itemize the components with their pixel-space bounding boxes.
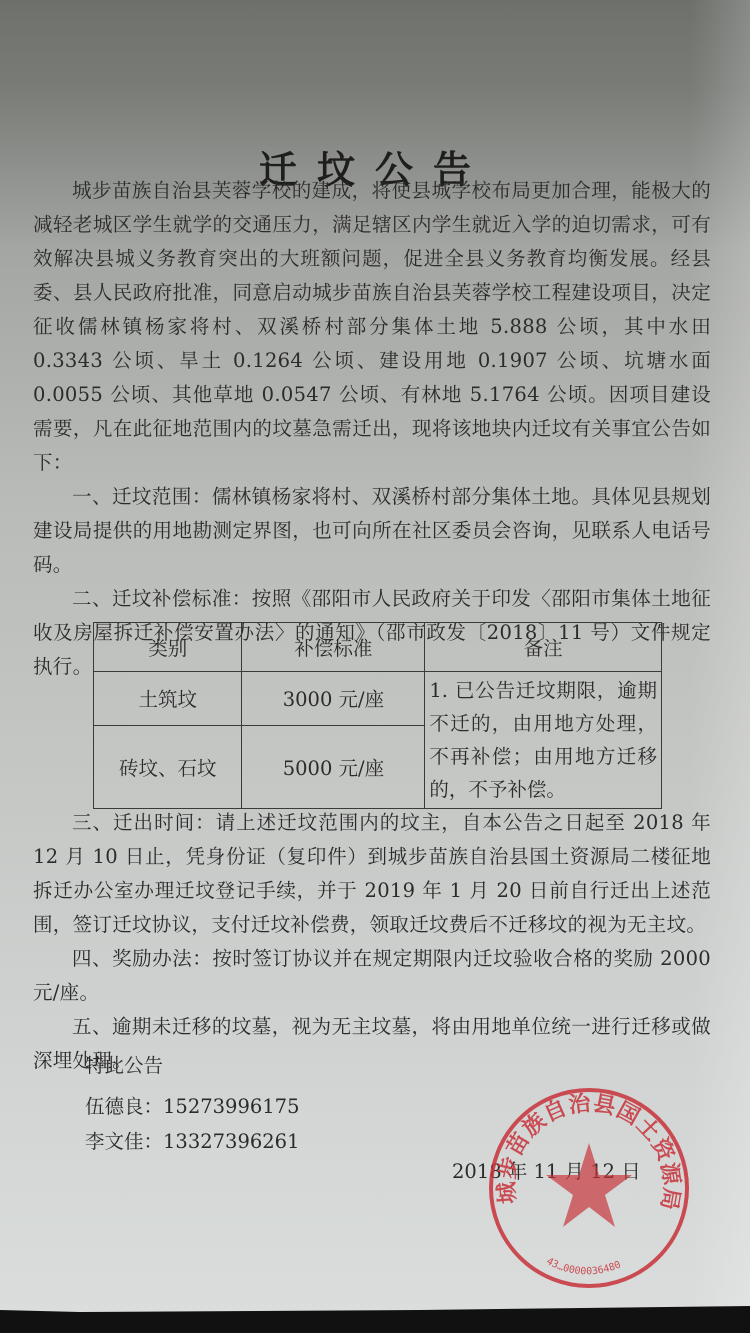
cell-category: 砖坟、石坟 <box>94 725 242 808</box>
header-standard: 补偿标准 <box>242 623 425 672</box>
svg-text:43…0000036480: 43…0000036480 <box>544 1256 622 1277</box>
table-row: 土筑坟 3000 元/座 1. 已公告迁坟期限，逾期不迁的，由用地方处理，不再补… <box>94 672 662 726</box>
intro-text: 城步苗族自治县芙蓉学校的建成，将使县城学校布局更加合理，能极大的减轻老城区学生就… <box>33 179 711 270</box>
cell-category: 土筑坟 <box>94 672 242 726</box>
closing-notice: 特此公告 <box>85 1050 163 1078</box>
paragraph-intro: 城步苗族自治县芙蓉学校的建成，将使县城学校布局更加合理，能极大的减轻老城区学生就… <box>33 174 711 480</box>
seal-code: 43…0000036480 <box>544 1256 622 1277</box>
paragraph-section-3: 三、迁出时间：请上述迁坟范围内的坟主，自本公告之日起至 2018 年 12 月 … <box>33 806 711 942</box>
cell-note: 1. 已公告迁坟期限，逾期不迁的，由用地方处理，不再补偿；由用地方迁移的，不予补… <box>425 672 662 809</box>
table-header-row: 类别 补偿标准 备注 <box>94 623 662 672</box>
intro-approval-text: 经县委、县人民政府批准，同意启动城步苗族自治县芙蓉学校工程建设项目，决定征收儒林… <box>33 247 711 474</box>
official-seal-icon: 城步苗族自治县国土资源局 43…0000036480 <box>486 1085 692 1291</box>
notice-body: 城步苗族自治县芙蓉学校的建成，将使县城学校布局更加合理，能极大的减轻老城区学生就… <box>33 174 711 684</box>
contact-1: 伍德良：15273996175 <box>85 1091 299 1119</box>
notice-body-continued: 三、迁出时间：请上述迁坟范围内的坟主，自本公告之日起至 2018 年 12 月 … <box>33 806 711 1078</box>
paragraph-section-4: 四、奖励办法：按时签订协议并在规定期限内迁坟验收合格的奖励 2000 元/座。 <box>33 942 711 1010</box>
cell-standard: 3000 元/座 <box>242 672 425 726</box>
cell-standard: 5000 元/座 <box>242 725 425 808</box>
header-note: 备注 <box>425 623 662 672</box>
paragraph-section-1: 一、迁坟范围：儒林镇杨家将村、双溪桥村部分集体土地。具体见县规划建设局提供的用地… <box>33 480 711 582</box>
header-category: 类别 <box>94 623 242 672</box>
contact-2: 李文佳：13327396261 <box>85 1126 299 1154</box>
compensation-table: 类别 补偿标准 备注 土筑坟 3000 元/座 1. 已公告迁坟期限，逾期不迁的… <box>93 622 662 809</box>
